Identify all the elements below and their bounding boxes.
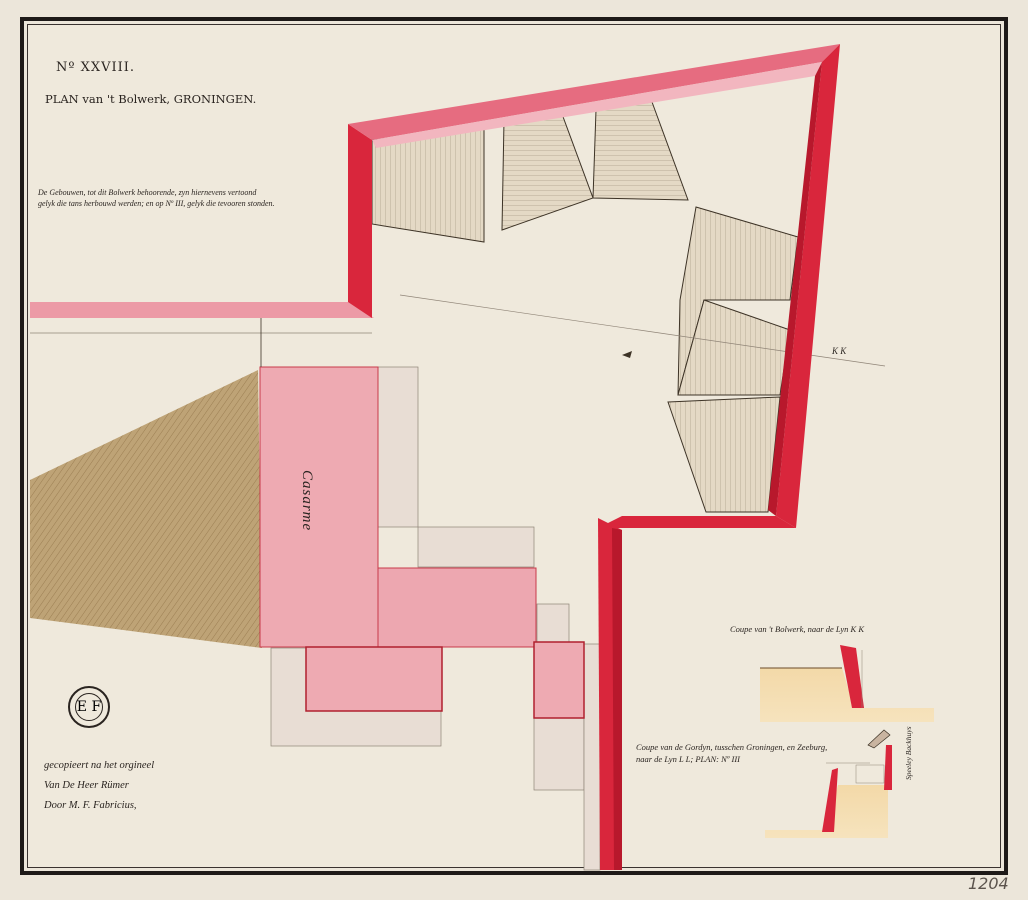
roof-building-2 <box>502 114 593 230</box>
outline-wing-a <box>378 367 418 527</box>
roof-building-3 <box>593 102 688 200</box>
section2-title-line-2: naar de Lyn L L; PLAN: Nº III <box>636 753 827 765</box>
casarme-wing <box>378 568 536 647</box>
plate-number: Nº XXVIII. <box>56 60 135 75</box>
legend-note: De Gebouwen, tot dit Bolwerk behoorende,… <box>38 187 275 209</box>
rampart-left-lower <box>30 302 374 318</box>
copy-line-2: Van De Heer Rümer <box>44 776 154 796</box>
rampart-left-upper <box>348 124 372 318</box>
section2-title: Coupe van de Gordyn, tusschen Groningen,… <box>636 741 827 765</box>
casarme-main <box>260 367 378 647</box>
outline-wing-e <box>534 718 584 790</box>
rampart-top-outer <box>348 44 840 140</box>
rampart-bottom-right <box>598 516 796 528</box>
map-sheet: Nº XXVIII. PLAN van 't Bolwerk, GRONINGE… <box>0 0 1028 900</box>
plan-drawing <box>0 0 1028 900</box>
outline-wing-d <box>537 604 569 644</box>
casarme-lower <box>306 647 442 711</box>
outline-wing-f <box>584 644 600 870</box>
section2-title-line-1: Coupe van de Gordyn, tusschen Groningen,… <box>636 741 827 753</box>
section2-wall-right <box>884 745 892 790</box>
section-line-label: K K <box>832 346 846 356</box>
anchor-icon: E F <box>75 693 103 721</box>
map-title: PLAN van 't Bolwerk, GRONINGEN. <box>45 92 256 106</box>
legend-note-line-2: gelyk die tans herbouwd werden; en op Nº… <box>38 198 275 209</box>
collection-stamp-icon: E F <box>68 686 110 728</box>
outline-wing-b <box>418 527 534 567</box>
legend-note-line-1: De Gebouwen, tot dit Bolwerk behoorende,… <box>38 187 275 198</box>
copy-line-3: Door M. F. Fabricius, <box>44 796 154 816</box>
sheet-number: 1204 <box>968 874 1009 893</box>
roof-building-6 <box>668 397 780 512</box>
copy-attribution: gecopieert na het orgineel Van De Heer R… <box>44 756 154 816</box>
building-label-casarme: Casarme <box>298 470 315 531</box>
section1-title: Coupe van 't Bolwerk, naar de Lyn K K <box>730 624 864 634</box>
section2-side-label: Speeley Backhuys <box>904 726 913 780</box>
copy-line-1: gecopieert na het orgineel <box>44 756 154 776</box>
earthwork-slope <box>30 370 262 648</box>
casarme-side <box>534 642 584 718</box>
